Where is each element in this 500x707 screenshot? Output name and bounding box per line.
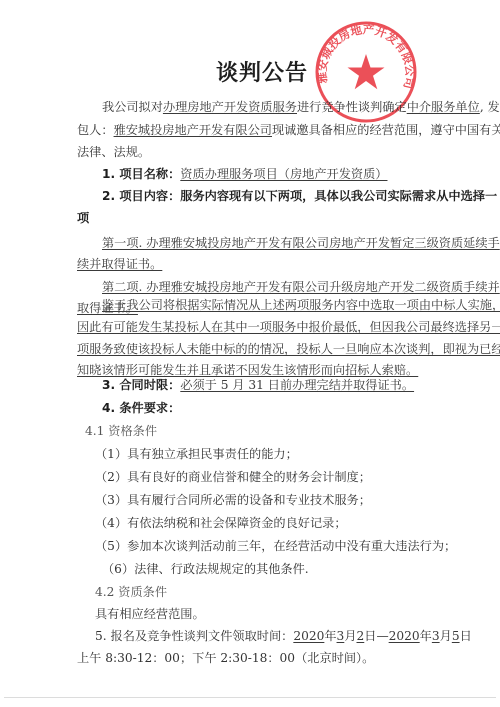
service-name: 办理房地产开发资质服务 [163,100,297,114]
qualification-item-2: （2）具有良好的商业信誉和健全的财务会计制度； [77,469,447,485]
project-name-row: 1. 项目名称：资质办理服务项目（房地产开发资质） [77,166,454,182]
contract-term-label: 3. 合同时限： [102,378,180,392]
notice-line-1: 鉴于我公司将根据实际情况从上述两项服务内容中选取一项由中标人实施， [77,297,454,313]
qualification-item-1: （1）具有独立承担民事责任的能力； [77,446,447,462]
option-1-line-1: 第一项. 办理雅安城投房地产开发有限公司房地产开发暂定三级资质延续手 [77,235,454,251]
project-content-label: 2. 项目内容： [102,189,180,203]
contract-term-row: 3. 合同时限：必须于 5 月 31 日前办理完结并取得证书。 [77,377,454,393]
notice-line-2: 因此有可能发生某投标人在其中一项服务中报价最低，但因我公司最终选择另一 [77,319,429,335]
certification-heading: 4.2 资质条件 [77,584,447,600]
contract-term-value: 必须于 5 月 31 日前办理完结并取得证书。 [180,378,414,392]
certification-text: 具有相应经营范围。 [77,606,447,622]
end-month: 3 [432,629,440,643]
start-year: 2020 [293,629,324,643]
page-bottom-divider [4,697,496,698]
intro-line-2: 包人：雅安城投房地产开发有限公司现诚邀具备相应的经营范围，遵守中国有关 [77,122,429,138]
end-day: 5 [452,629,460,643]
qualification-heading: 4.1 资格条件 [77,423,437,439]
agency-unit: 中介服务单位 [407,100,480,114]
employer-name: 雅安城投房地产开发有限公司 [114,123,272,137]
project-name-value: 资质办理服务项目（房地产开发资质） [180,167,387,181]
registration-time-row: 5. 报名及竞争性谈判文件领取时间：2020年3月2日—2020年3月5日 [77,628,447,644]
intro-line-1: 我公司拟对办理房地产开发资质服务进行竞争性谈判确定中介服务单位, 发 [77,99,454,115]
end-year: 2020 [389,629,420,643]
option-1-line-2: 续并取得证书。 [77,256,429,272]
page-title: 谈判公告 [0,56,500,87]
project-content-line-2: 项 [77,210,429,226]
requirements-heading: 4. 条件要求： [77,400,454,416]
notice-line-3: 项服务致使该投标人未能中标的的情况，投标人一旦响应本次谈判，即视为已经 [77,341,429,357]
notice-line-4: 知晓该情形可能发生并且承诺不因发生该情形而向招标人索赔。 [77,362,429,378]
project-content-row: 2. 项目内容：服务内容现有以下两项，具体以我公司实际需求从中选择一 [77,188,454,204]
intro-line-3: 法律、法规。 [77,144,429,160]
qualification-item-4: （4）有依法纳税和社会保障资金的良好记录； [77,515,447,531]
qualification-item-3: （3）具有履行合同所必需的设备和专业技术服务； [77,492,447,508]
announcement-page: 谈判公告 雅安城投房地产开发有限公司 我公司拟对办理房地产开发资质服务进行竞争性… [0,0,500,707]
qualification-item-5: （5）参加本次谈判活动前三年，在经营活动中没有重大违法行为； [77,538,447,554]
registration-hours: 上午 8:30-12：00；下午 2:30-18：00（北京时间）。 [77,650,429,666]
project-name-label: 1. 项目名称： [102,167,180,181]
option-2-line-1: 第二项. 办理雅安城投房地产开发有限公司升级房地产开发二级资质手续并 [77,279,454,295]
qualification-item-6: （6）法律、行政法规规定的其他条件. [77,561,454,577]
